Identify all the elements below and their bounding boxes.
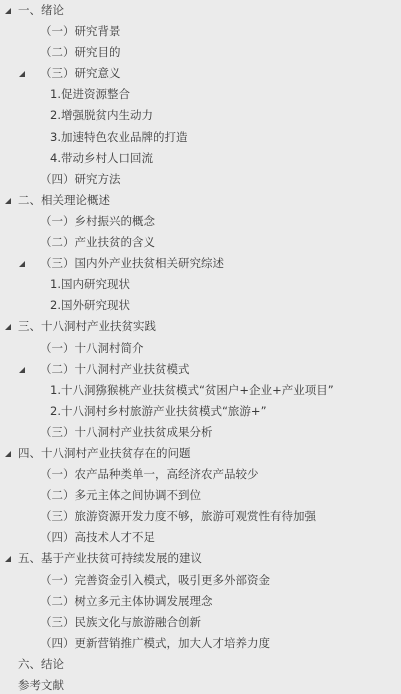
- outline-item-level-2[interactable]: （三）十八洞村产业扶贫成果分析: [0, 422, 401, 443]
- outline-list: 一、绪论（一）研究背景（二）研究目的（三）研究意义1.促进资源整合2.增强脱贫内…: [0, 0, 401, 694]
- collapse-toggle-button[interactable]: [4, 443, 14, 464]
- outline-item-level-2[interactable]: （二）树立多元主体协调发展理念: [0, 591, 401, 612]
- outline-item-level-2[interactable]: （四）高技术人才不足: [0, 527, 401, 548]
- outline-item-label: （一）完善资金引入模式，吸引更多外部资金: [40, 570, 270, 591]
- outline-item-level-2[interactable]: （四）更新营销推广模式，加大人才培养力度: [0, 633, 401, 654]
- outline-item-label: （二）产业扶贫的含义: [40, 232, 155, 253]
- outline-item-label: 六、结论: [18, 654, 64, 675]
- outline-item-label: （三）十八洞村产业扶贫成果分析: [40, 422, 213, 443]
- outline-item-label: （三）国内外产业扶贫相关研究综述: [40, 253, 224, 274]
- outline-item-label: （一）研究背景: [40, 21, 121, 42]
- outline-item-level-2[interactable]: （三）研究意义: [0, 63, 401, 84]
- outline-item-level-3[interactable]: 1.十八洞猕猴桃产业扶贫模式“贫困户+企业+产业项目”: [0, 380, 401, 401]
- outline-item-label: （三）旅游资源开发力度不够，旅游可观赏性有待加强: [40, 506, 316, 527]
- outline-item-label: 3.加速特色农业品牌的打造: [50, 127, 187, 148]
- outline-item-label: 2.十八洞村乡村旅游产业扶贫模式“旅游+”: [50, 401, 267, 422]
- outline-item-level-2[interactable]: （一）完善资金引入模式，吸引更多外部资金: [0, 570, 401, 591]
- outline-item-level-2[interactable]: （二）产业扶贫的含义: [0, 232, 401, 253]
- expanded-triangle-icon: [5, 8, 11, 14]
- outline-item-label: （二）研究目的: [40, 42, 121, 63]
- outline-item-level-2[interactable]: （一）十八洞村简介: [0, 338, 401, 359]
- outline-item-label: 1.国内研究现状: [50, 274, 130, 295]
- outline-item-label: 2.国外研究现状: [50, 295, 130, 316]
- outline-item-label: （四）更新营销推广模式，加大人才培养力度: [40, 633, 270, 654]
- outline-item-label: 2.增强脱贫内生动力: [50, 105, 153, 126]
- outline-item-level-2[interactable]: （二）十八洞村产业扶贫模式: [0, 359, 401, 380]
- outline-item-label: 参考文献: [18, 675, 64, 694]
- outline-item-level-3[interactable]: 2.增强脱贫内生动力: [0, 105, 401, 126]
- outline-item-label: （二）树立多元主体协调发展理念: [40, 591, 213, 612]
- expanded-triangle-icon: [5, 556, 11, 562]
- outline-item-label: 1.促进资源整合: [50, 84, 130, 105]
- outline-item-level-3[interactable]: 3.加速特色农业品牌的打造: [0, 127, 401, 148]
- expanded-triangle-icon: [5, 324, 11, 330]
- outline-item-label: 四、十八洞村产业扶贫存在的问题: [18, 443, 191, 464]
- outline-item-level-3[interactable]: 2.十八洞村乡村旅游产业扶贫模式“旅游+”: [0, 401, 401, 422]
- collapse-toggle-button[interactable]: [18, 359, 28, 380]
- outline-item-level-2[interactable]: （三）民族文化与旅游融合创新: [0, 612, 401, 633]
- outline-item-level-1[interactable]: 一、绪论: [0, 0, 401, 21]
- outline-item-label: （二）十八洞村产业扶贫模式: [40, 359, 190, 380]
- outline-item-label: （一）十八洞村简介: [40, 338, 144, 359]
- outline-item-level-2[interactable]: （二）多元主体之间协调不到位: [0, 485, 401, 506]
- outline-item-level-1[interactable]: 四、十八洞村产业扶贫存在的问题: [0, 443, 401, 464]
- outline-item-level-3[interactable]: 2.国外研究现状: [0, 295, 401, 316]
- outline-item-label: （二）多元主体之间协调不到位: [40, 485, 201, 506]
- expanded-triangle-icon: [5, 198, 11, 204]
- expanded-triangle-icon: [19, 367, 25, 373]
- collapse-toggle-button[interactable]: [18, 63, 28, 84]
- outline-item-label: 4.带动乡村人口回流: [50, 148, 153, 169]
- outline-item-level-1[interactable]: 三、十八洞村产业扶贫实践: [0, 316, 401, 337]
- collapse-toggle-button[interactable]: [18, 253, 28, 274]
- document-outline-pane: 一、绪论（一）研究背景（二）研究目的（三）研究意义1.促进资源整合2.增强脱贫内…: [0, 0, 401, 694]
- outline-item-label: （四）研究方法: [40, 169, 121, 190]
- collapse-toggle-button[interactable]: [4, 316, 14, 337]
- outline-item-label: 五、基于产业扶贫可持续发展的建议: [18, 548, 202, 569]
- outline-item-level-1[interactable]: 二、相关理论概述: [0, 190, 401, 211]
- outline-item-level-2[interactable]: （二）研究目的: [0, 42, 401, 63]
- outline-item-label: 三、十八洞村产业扶贫实践: [18, 316, 156, 337]
- outline-item-label: 二、相关理论概述: [18, 190, 110, 211]
- outline-item-level-2[interactable]: （三）旅游资源开发力度不够，旅游可观赏性有待加强: [0, 506, 401, 527]
- outline-item-level-2[interactable]: （一）乡村振兴的概念: [0, 211, 401, 232]
- outline-item-level-2[interactable]: （三）国内外产业扶贫相关研究综述: [0, 253, 401, 274]
- outline-item-level-1[interactable]: 参考文献: [0, 675, 401, 694]
- collapse-toggle-button[interactable]: [4, 0, 14, 21]
- outline-item-level-1[interactable]: 五、基于产业扶贫可持续发展的建议: [0, 548, 401, 569]
- outline-item-label: （三）研究意义: [40, 63, 121, 84]
- expanded-triangle-icon: [19, 71, 25, 77]
- outline-item-level-2[interactable]: （一）研究背景: [0, 21, 401, 42]
- outline-item-level-3[interactable]: 1.促进资源整合: [0, 84, 401, 105]
- outline-item-label: （三）民族文化与旅游融合创新: [40, 612, 201, 633]
- expanded-triangle-icon: [5, 451, 11, 457]
- outline-item-level-2[interactable]: （四）研究方法: [0, 169, 401, 190]
- outline-item-level-3[interactable]: 4.带动乡村人口回流: [0, 148, 401, 169]
- collapse-toggle-button[interactable]: [4, 548, 14, 569]
- outline-item-level-2[interactable]: （一）农产品种类单一，高经济农产品较少: [0, 464, 401, 485]
- outline-item-label: 1.十八洞猕猴桃产业扶贫模式“贫困户+企业+产业项目”: [50, 380, 334, 401]
- outline-item-level-3[interactable]: 1.国内研究现状: [0, 274, 401, 295]
- outline-item-label: 一、绪论: [18, 0, 64, 21]
- outline-item-label: （一）农产品种类单一，高经济农产品较少: [40, 464, 259, 485]
- collapse-toggle-button[interactable]: [4, 190, 14, 211]
- outline-item-label: （一）乡村振兴的概念: [40, 211, 155, 232]
- expanded-triangle-icon: [19, 261, 25, 267]
- outline-item-level-1[interactable]: 六、结论: [0, 654, 401, 675]
- outline-item-label: （四）高技术人才不足: [40, 527, 155, 548]
